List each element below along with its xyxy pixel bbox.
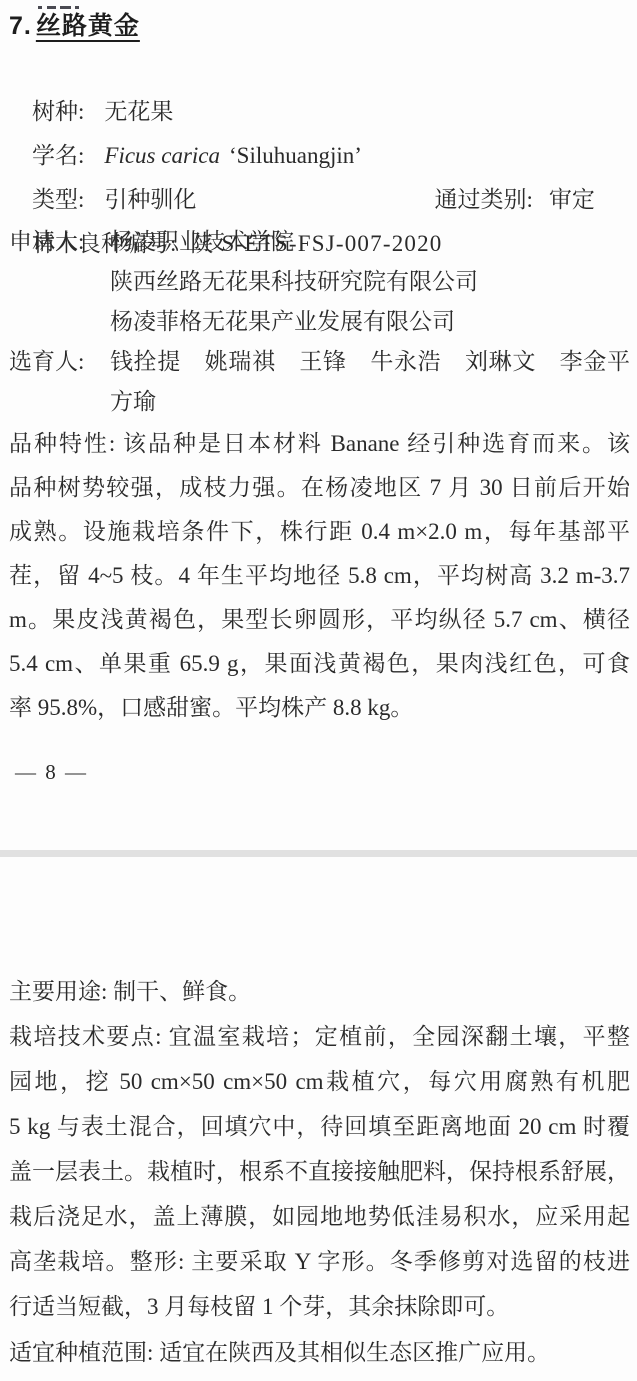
- traits-paragraph: 品种特性: 该品种是日本材料 Banane 经引种选育而来。该 品种树势较强，成…: [0, 422, 637, 730]
- traits-line: 品种特性: 该品种是日本材料 Banane 经引种选育而来。该: [9, 422, 630, 466]
- breeders-line: 钱拴提 姚瑞祺 王锋 牛永浩 刘琳文 李金平: [110, 342, 630, 382]
- field-type-value: 引种驯化: [104, 187, 196, 212]
- field-applicant: 申请人: 杨凌职业技术学院 陕西丝路无花果科技研究院有限公司 杨凌菲格无花果产业…: [0, 222, 637, 342]
- traits-line: 成熟。设施栽培条件下，株行距 0.4 m×2.0 m，每年基部平: [9, 510, 630, 554]
- field-species: 树种:无花果: [0, 46, 637, 90]
- field-species-label: 树种:: [32, 99, 84, 124]
- cultivation-paragraph: 栽培技术要点: 宜温室栽培；定植前，全园深翻土壤，平整 园地，挖 50 cm×5…: [0, 1014, 637, 1329]
- applicant-line: 陕西丝路无花果科技研究院有限公司: [110, 262, 630, 302]
- section-number: 7.: [9, 12, 32, 40]
- main-use-text: 制干、鲜食。: [107, 979, 251, 1004]
- field-approval-label: 通过类别:: [435, 187, 533, 212]
- traits-line: 率 95.8%，口感甜蜜。平均株产 8.8 kg。: [9, 686, 630, 730]
- cultivation-text: 宜温室栽培；定植前，全园深翻土壤，平整: [162, 1024, 630, 1049]
- cultivation-line: 高垄栽培。整形: 主要采取 Y 字形。冬季修剪对选留的枝进: [9, 1239, 630, 1284]
- main-use-label: 主要用途:: [9, 979, 107, 1004]
- cultivation-line: 栽后浇足水，盖上薄膜，如园地地势低洼易积水，应采用起: [9, 1194, 630, 1239]
- applicant-line: 杨凌职业技术学院: [110, 222, 630, 262]
- variety-name: 丝路黄金: [36, 12, 140, 40]
- field-breeders-label: 选育人:: [9, 342, 84, 382]
- cultivation-line: 行适当短截，3 月每枝留 1 个芽，其余抹除即可。: [9, 1284, 630, 1329]
- traits-line: 品种树势较强，成枝力强。在杨凌地区 7 月 30 日前后开始: [9, 466, 630, 510]
- cultivation-line: 园地，挖 50 cm×50 cm×50 cm栽植穴，每穴用腐熟有机肥: [9, 1059, 630, 1104]
- cultivation-line: 盖一层表土。栽植时，根系不直接接触肥料，保持根系舒展，: [9, 1149, 630, 1194]
- planting-range-text: 适宜在陕西及其相似生态区推广应用。: [153, 1340, 550, 1365]
- document-page: 7.丝路黄金 树种:无花果 学名:Ficus carica‘Siluhuangj…: [0, 6, 637, 1381]
- planting-range-row: 适宜种植范围: 适宜在陕西及其相似生态区推广应用。: [0, 1335, 637, 1371]
- cropped-text-fragment: [47, 6, 56, 9]
- field-breeders: 选育人: 钱拴提 姚瑞祺 王锋 牛永浩 刘琳文 李金平 方瑜: [0, 342, 637, 422]
- traits-label: 品种特性:: [9, 431, 115, 456]
- breeders-line: 方瑜: [110, 382, 630, 422]
- main-use-row: 主要用途: 制干、鲜食。: [0, 969, 637, 1014]
- field-type-label: 类型:: [32, 187, 84, 212]
- cropped-text-fragment: [75, 6, 79, 9]
- field-type-row: 类型:引种驯化 通过类别:审定: [0, 134, 637, 178]
- traits-line: 5.4 cm、单果重 65.9 g，果面浅黄褐色，果肉浅红色，可食: [9, 642, 630, 686]
- page-break-band: [0, 850, 637, 857]
- section-title: 7.丝路黄金: [0, 6, 637, 46]
- cropped-text-fragment: [60, 6, 71, 9]
- traits-line: 茬，留 4~5 枝。4 年生平均地径 5.8 cm，平均树高 3.2 m-3.7: [9, 554, 630, 598]
- traits-text: 该品种是日本材料 Banane 经引种选育而来。该: [115, 431, 630, 456]
- page-number: — 8 —: [0, 758, 637, 786]
- cultivation-label: 栽培技术要点:: [9, 1024, 162, 1049]
- planting-range-label: 适宜种植范围:: [9, 1340, 153, 1365]
- traits-line: m。果皮浅黄褐色，果型长卵圆形，平均纵径 5.7 cm、横径: [9, 598, 630, 642]
- field-approval-value: 审定: [549, 187, 595, 212]
- cultivation-line: 5 kg 与表土混合，回填穴中，待回填至距离地面 20 cm 时覆: [9, 1104, 630, 1149]
- cultivation-line: 栽培技术要点: 宜温室栽培；定植前，全园深翻土壤，平整: [9, 1014, 630, 1059]
- field-species-value: 无花果: [104, 99, 173, 124]
- field-applicant-label: 申请人:: [9, 222, 84, 262]
- cropped-text-fragment: [38, 6, 42, 9]
- applicant-line: 杨凌菲格无花果产业发展有限公司: [110, 302, 630, 342]
